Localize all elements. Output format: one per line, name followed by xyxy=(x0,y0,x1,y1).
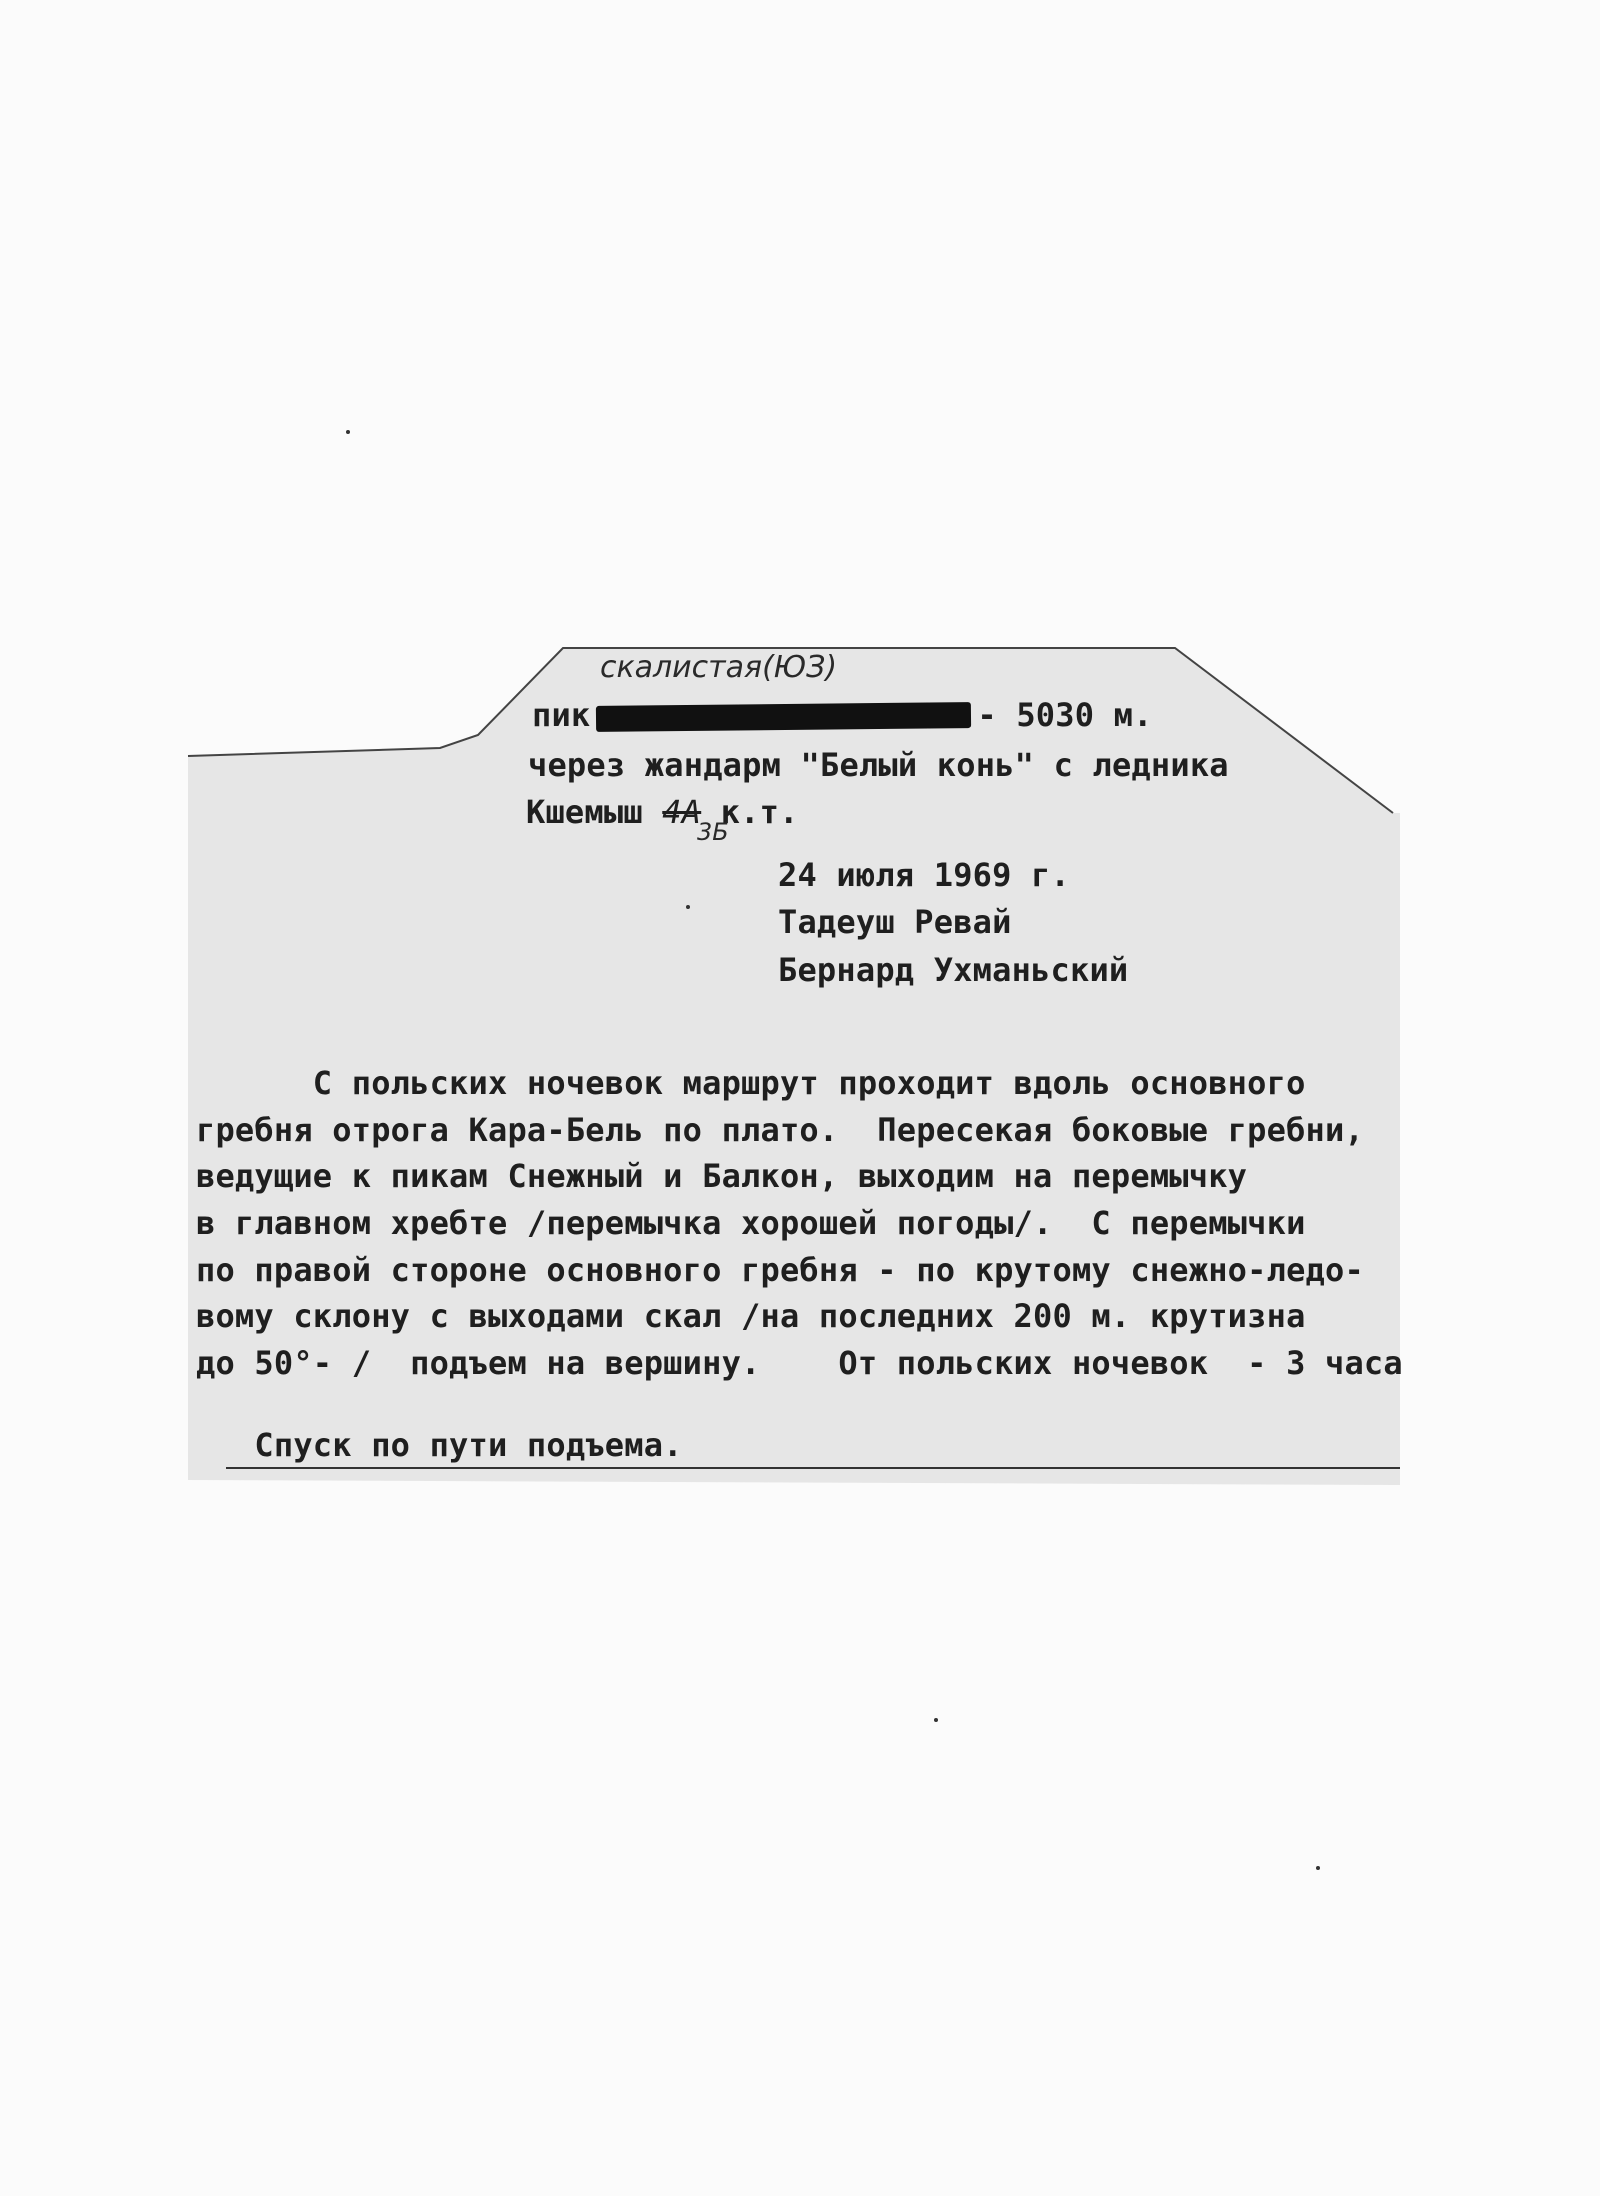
summit-line: пик- 5030 м. xyxy=(532,695,1153,735)
body-line: по правой стороне основного гребня - по … xyxy=(196,1250,1364,1290)
author-2: Бернард Ухманьский xyxy=(778,950,1128,990)
handwritten-annotation: скалистая(ЮЗ) xyxy=(600,650,837,685)
struck-category: 4А xyxy=(662,793,701,831)
summit-height: - 5030 м. xyxy=(977,696,1152,734)
descent-line: Спуск по пути подъема. xyxy=(196,1425,683,1465)
dust-speck xyxy=(934,1718,938,1722)
body-line: в главном хребте /перемычка хорошей пого… xyxy=(196,1203,1306,1243)
bottom-rule xyxy=(226,1467,1400,1469)
body-line: вому склону с выходами скал /на последни… xyxy=(196,1296,1306,1336)
dust-speck xyxy=(346,430,350,434)
category-line: Кшемыш 4А к.т. xyxy=(526,792,799,832)
body-line: ведущие к пикам Снежный и Балкон, выходи… xyxy=(196,1156,1247,1196)
author-1: Тадеуш Ревай xyxy=(778,902,1012,942)
body-line: гребня отрога Кара-Бель по плато. Пересе… xyxy=(196,1110,1364,1150)
body-line: С польских ночевок маршрут проходит вдол… xyxy=(196,1063,1306,1103)
dust-speck xyxy=(1316,1866,1320,1870)
route-line: через жандарм "Белый конь" с ледника xyxy=(528,745,1229,785)
redacted-name xyxy=(596,702,971,732)
category-correction: 3Б xyxy=(697,818,729,846)
summit-prefix: пик xyxy=(532,696,590,734)
date-line: 24 июля 1969 г. xyxy=(778,855,1070,895)
dust-speck xyxy=(686,905,690,909)
body-line: до 50°- / подъем на вершину. От польских… xyxy=(196,1343,1403,1383)
